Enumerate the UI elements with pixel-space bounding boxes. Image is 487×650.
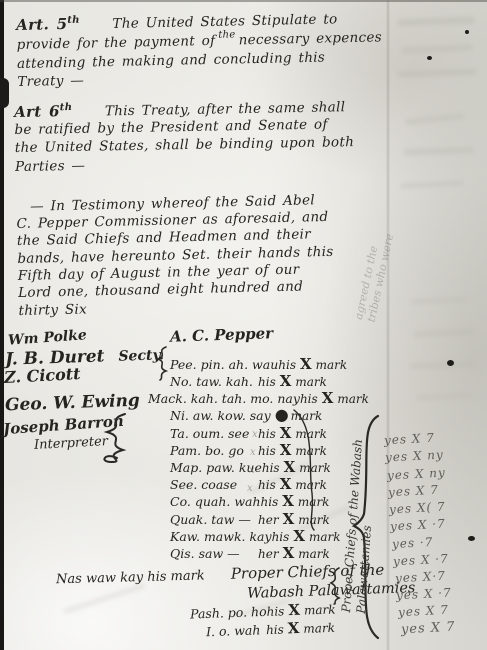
signer-name: Mack. kah. tah. mo. nay [148,391,300,406]
article-5-line-2: provide for the payment of [16,33,215,53]
bleedthrough-smudge [401,44,473,54]
manuscript-page: Art. 5th The United States Stipulate to … [0,0,487,650]
x-mark: X [287,619,299,637]
tally-row-6: yes X ·7 [390,517,446,534]
signer-name: Kaw. mawk. kay [170,529,272,544]
tally-row-1: yes X 7 [384,431,436,448]
x-mark: X [288,601,300,619]
article-6-label: Art 6th [14,102,72,121]
signer-name: Qis. saw — [170,546,258,561]
scan-edge-top [0,0,487,2]
tally-row-4: yes X 7 [388,483,440,500]
signer-name: See. coase [170,477,258,492]
signer-name: Pee. pin. ah. wau [170,357,278,372]
witness-signature-1: Wm Polke [8,327,88,348]
tally-row-11: yes X 7 [398,603,450,620]
page-crease [386,0,390,650]
article-5-line-4: Treaty — [17,73,84,90]
signer-name: Ta. oum. see [170,426,258,441]
tally-row-10: yes X ·7 [396,586,452,603]
signer-name: No. taw. kah. [170,374,258,389]
signer-row-12: Qis. saw —herXmark [170,543,330,562]
bleedthrough-smudge [416,392,474,400]
signer-name: I. o. wah [206,622,266,639]
x-mark: X [282,492,294,510]
article-5-label-superscript: th [67,15,80,26]
signer-name: Pam. bo. go [170,443,258,458]
ink-speck [447,360,454,366]
signer-row-14: I. o. wahhisXmark [206,617,336,640]
tally-row-8: yes X ·7 [393,552,449,569]
inserted-word: the [218,29,236,40]
x-mark: X [322,389,334,407]
ink-speck [468,536,475,541]
pencil-check: x [247,483,253,494]
scan-edge-blob [0,78,9,108]
pencil-check: x [249,465,255,476]
bleedthrough-smudge [397,69,477,78]
bleedthrough-smudge [405,113,465,125]
pencil-check: x [252,429,258,440]
witness-signature-3: Z. Cicott [4,364,81,387]
ink-blot-mark: ● [275,405,287,424]
bleedthrough-smudge [414,328,476,337]
article-6-line-3: the United States, shall be binding upon… [15,134,355,156]
tally-row-9: yes X·7 [395,569,447,586]
article-6-label-superscript: th [60,102,73,113]
article-5-label: Art. 5th [16,15,80,34]
article-5-line-2b: necessary expences [238,29,382,48]
pencil-hatch-smudge [63,583,145,614]
ink-speck [427,56,432,60]
commissioner-signature: A. C. Pepper [170,324,274,346]
bleedthrough-smudge [400,180,464,188]
ink-speck [465,30,469,34]
signer-name: Quak. taw — [170,512,258,527]
squiggle-flourish-icon [154,345,170,381]
pencil-check: x [250,447,256,458]
tally-row-5: yes X( 7 [389,500,446,517]
testimony-line-7: thirty Six [18,301,87,319]
bleedthrough-smudge [397,17,475,27]
signer-row-4: Ni. aw. kow. say●mark [170,405,322,424]
tally-row-3: yes X ny [387,465,446,482]
signer-name: Co. quah. wah [170,494,261,509]
bleedthrough-smudge [404,147,474,155]
squiggle-flourish-icon [97,412,131,464]
bleedthrough-smudge [410,297,468,304]
x-mark: X [283,544,295,562]
tally-row-7: yes ·7 [392,535,434,551]
article-6-line-4: Parties — [15,158,85,175]
tally-row-2: yes X ny [385,447,444,464]
tally-row-12: yes X 7 [401,620,456,638]
article-5-line-3: attending the making and concluding this [17,50,325,72]
bleedthrough-smudge [410,361,476,369]
signer-name: Ni. aw. kow. say [170,408,271,423]
